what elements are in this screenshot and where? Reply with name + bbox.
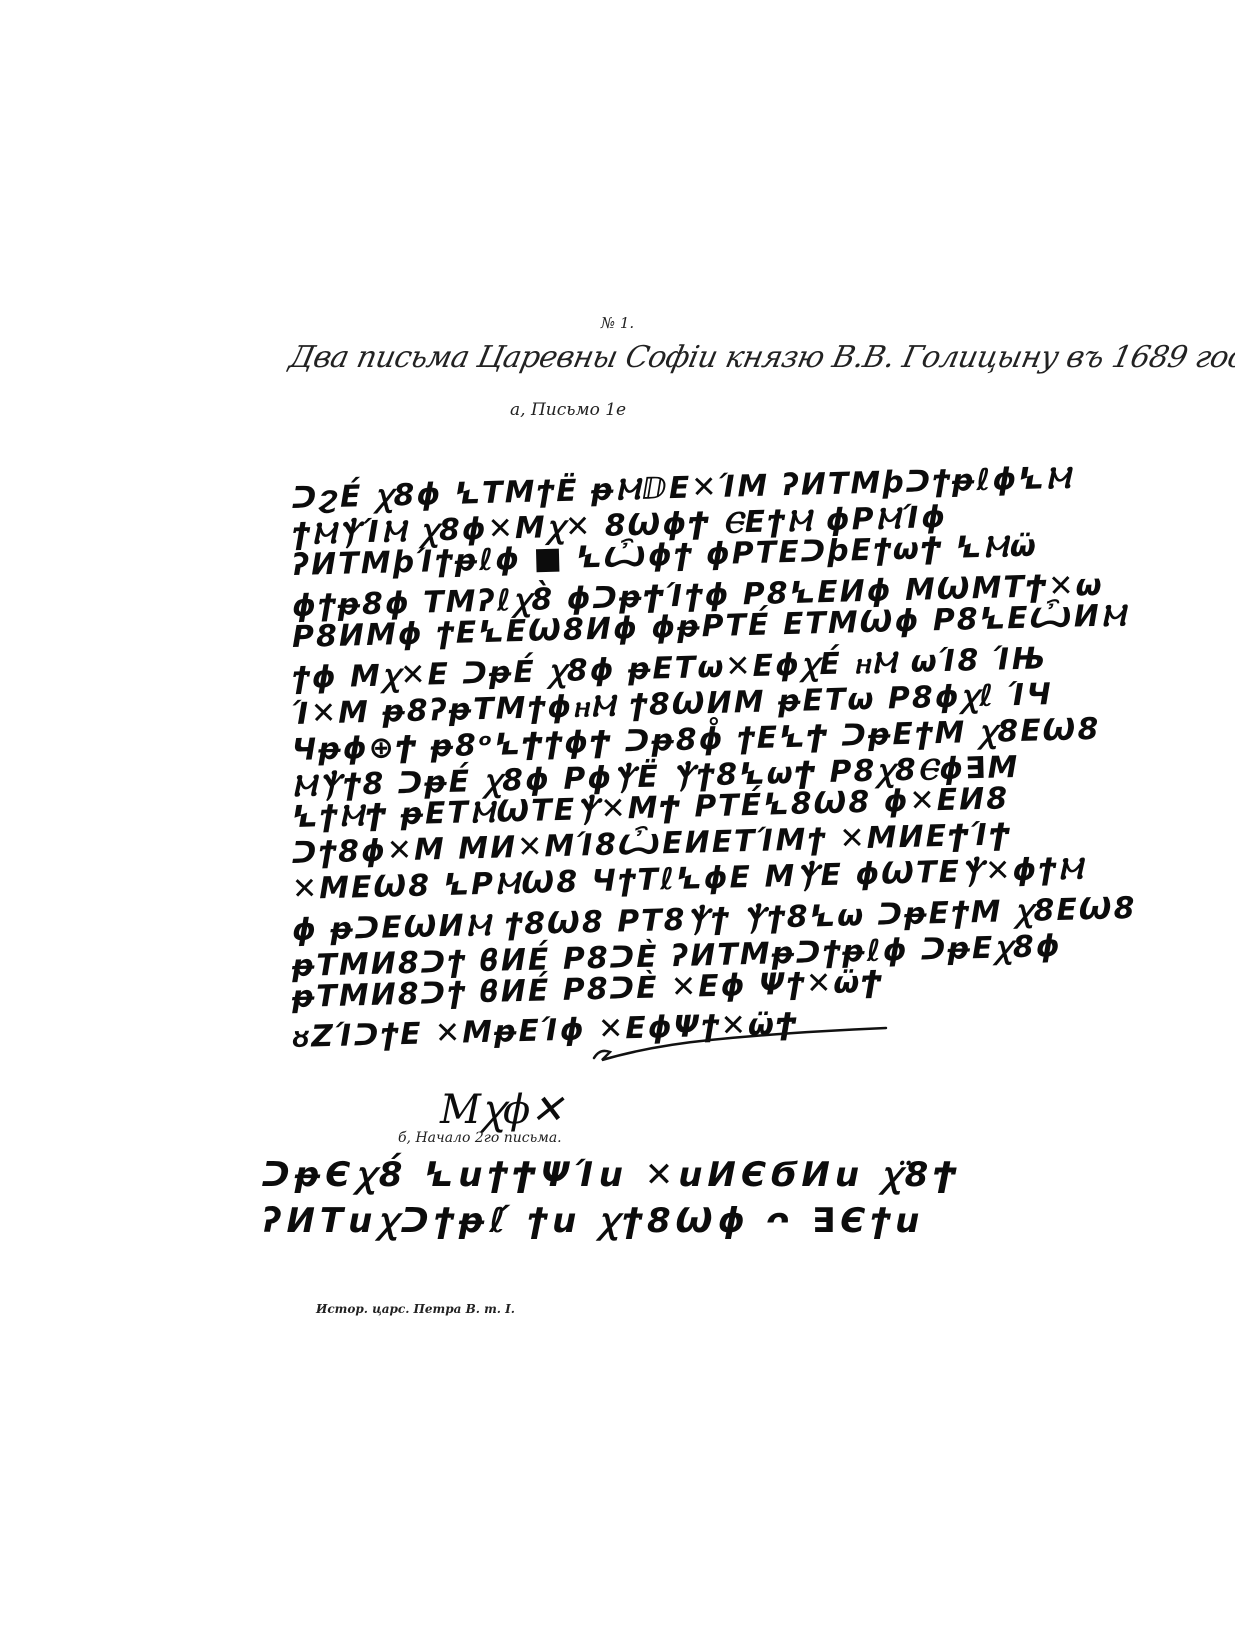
cipher-line: ᴕZΊᑐϯЕ ✕МᵽЕΊϕ ✕ЕϕΨϯ✕ѡ̈Ϯ bbox=[292, 1012, 613, 1055]
flourish-stroke-icon bbox=[590, 1018, 890, 1068]
cipher-line: ʔИΤuꭓᑐϯᵽℓ́ ϯu ꭓϯ8Ѡϕ ᴖ ∃Єϯu bbox=[262, 1196, 942, 1242]
page-title: Два письма Царевны Софіи князю В.В. Голи… bbox=[286, 340, 1235, 375]
source-citation: Истор. царс. Петра В. т. I. bbox=[316, 1302, 515, 1316]
signature: Мꭓϕ✕ bbox=[440, 1080, 564, 1135]
letter-1-heading: а, Письмо 1е bbox=[510, 400, 626, 420]
document-page: № 1. Два письма Царевны Софіи князю В.В.… bbox=[0, 0, 1235, 1639]
letter-2-heading: б, Начало 2го письма. bbox=[398, 1130, 562, 1146]
plate-number: № 1. bbox=[0, 314, 1235, 332]
cipher-line: ᑐᵽЄꭓ8́ ꝆuϯϮΨΊu ✕uИЄϬИu ꭓ̈8Ϯ bbox=[262, 1150, 942, 1196]
